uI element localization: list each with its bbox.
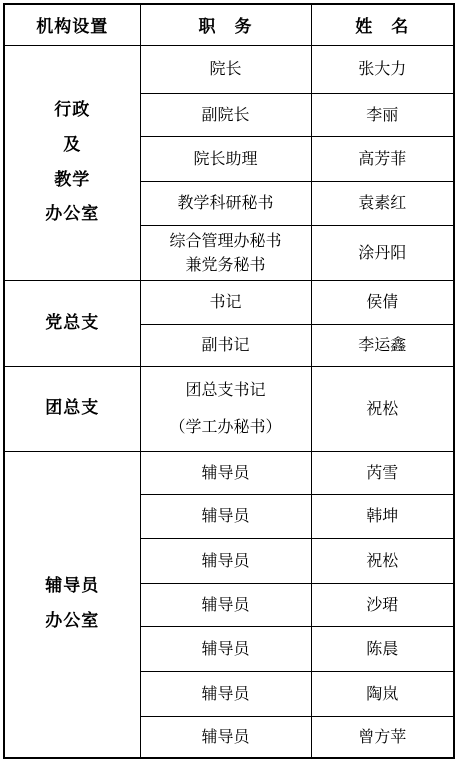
position-cell: 教学科研秘书 <box>140 181 311 225</box>
org-cell-counselor-office: 辅导员 办公室 <box>4 451 140 758</box>
name-cell: 李运鑫 <box>311 324 454 366</box>
position-cell: 团总支书记 （学工办秘书） <box>140 366 311 451</box>
name-cell: 李丽 <box>311 93 454 136</box>
position-cell: 院长 <box>140 45 311 93</box>
table-row: 团总支 团总支书记 （学工办秘书） 祝松 <box>4 366 454 451</box>
header-org: 机构设置 <box>4 4 140 45</box>
position-cell: 辅导员 <box>140 626 311 671</box>
position-cell: 辅导员 <box>140 538 311 583</box>
org-cell-youth-league-branch: 团总支 <box>4 366 140 451</box>
position-cell: 副书记 <box>140 324 311 366</box>
staff-table: 机构设置 职 务 姓 名 行政 及 教学 办公室 院长 张大力 副院长 李丽 院… <box>3 3 455 759</box>
name-cell: 曾方苹 <box>311 716 454 758</box>
name-cell: 陈晨 <box>311 626 454 671</box>
name-cell: 芮雪 <box>311 451 454 494</box>
org-cell-party-branch: 党总支 <box>4 280 140 366</box>
name-cell: 张大力 <box>311 45 454 93</box>
position-cell: 辅导员 <box>140 583 311 626</box>
name-cell: 祝松 <box>311 366 454 451</box>
name-cell: 韩坤 <box>311 494 454 538</box>
document-page: 机构设置 职 务 姓 名 行政 及 教学 办公室 院长 张大力 副院长 李丽 院… <box>0 0 461 764</box>
position-cell: 辅导员 <box>140 451 311 494</box>
org-cell-admin-teaching-office: 行政 及 教学 办公室 <box>4 45 140 280</box>
name-cell: 涂丹阳 <box>311 225 454 280</box>
name-cell: 陶岚 <box>311 671 454 716</box>
name-cell: 祝松 <box>311 538 454 583</box>
table-row: 辅导员 办公室 辅导员 芮雪 <box>4 451 454 494</box>
header-row: 机构设置 职 务 姓 名 <box>4 4 454 45</box>
header-position: 职 务 <box>140 4 311 45</box>
position-cell: 辅导员 <box>140 494 311 538</box>
position-cell: 综合管理办秘书 兼党务秘书 <box>140 225 311 280</box>
name-cell: 袁素红 <box>311 181 454 225</box>
name-cell: 高芳菲 <box>311 136 454 181</box>
table-row: 行政 及 教学 办公室 院长 张大力 <box>4 45 454 93</box>
header-name: 姓 名 <box>311 4 454 45</box>
position-cell: 院长助理 <box>140 136 311 181</box>
position-cell: 辅导员 <box>140 716 311 758</box>
position-cell: 辅导员 <box>140 671 311 716</box>
position-cell: 书记 <box>140 280 311 324</box>
name-cell: 侯倩 <box>311 280 454 324</box>
name-cell: 沙珺 <box>311 583 454 626</box>
table-row: 党总支 书记 侯倩 <box>4 280 454 324</box>
position-cell: 副院长 <box>140 93 311 136</box>
